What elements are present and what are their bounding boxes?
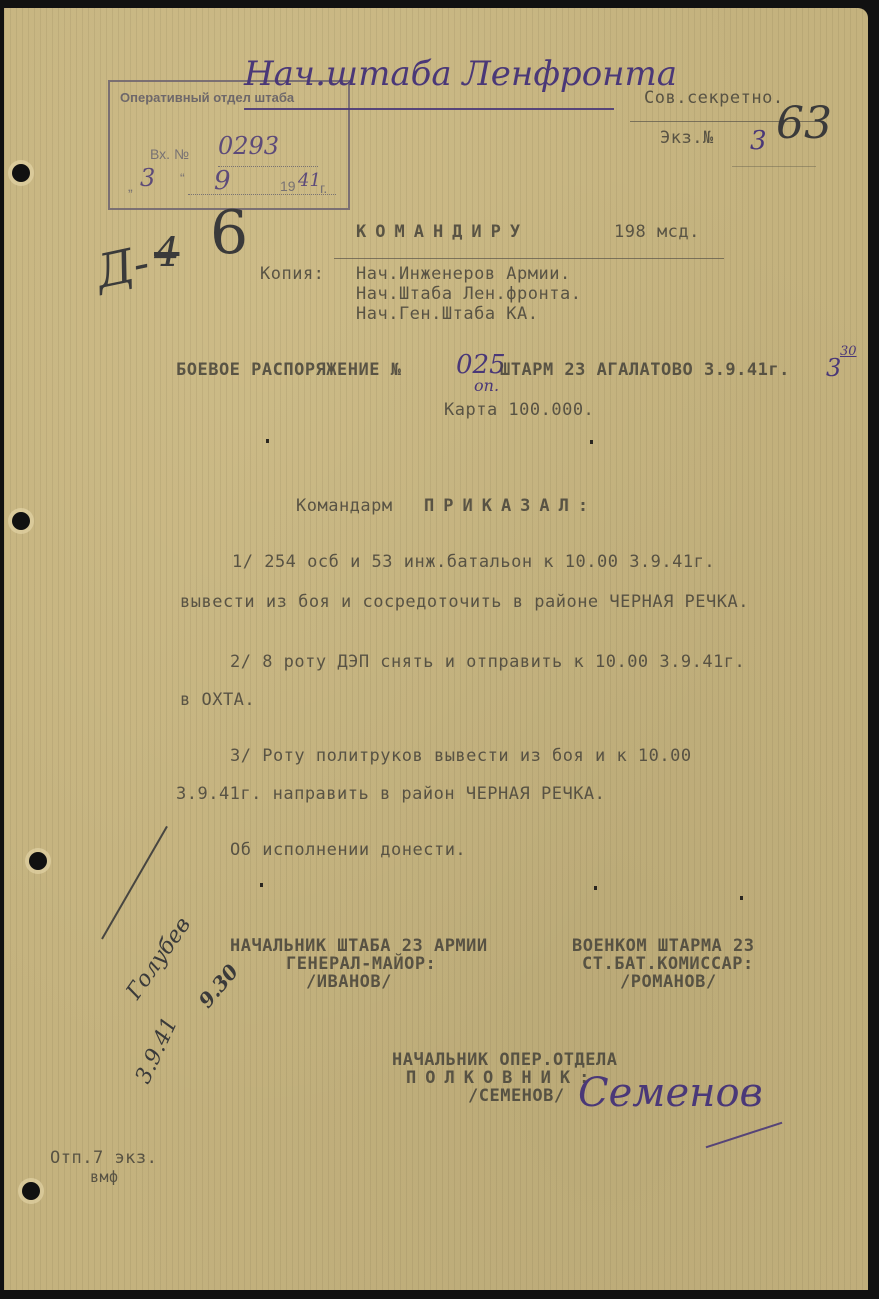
binding-hole (29, 852, 47, 870)
document-page: Оперативный отдел штаба Вх. № 0293 „ 3 “… (4, 8, 868, 1290)
stamp-quote: “ (180, 170, 185, 186)
stamp-incoming-label: Вх. № (150, 146, 189, 162)
map-scale: Карта 100.000. (444, 400, 594, 420)
binding-hole (12, 512, 30, 530)
sign-right-rank: СТ.БАТ.КОМИССАР: (582, 954, 754, 974)
paper-speck (260, 883, 263, 887)
copy-number: 3 (750, 126, 767, 156)
copy-recipient: Нач.Ген.Штаба КА. (356, 304, 539, 324)
resolution-date: 3.9.41 (131, 1014, 183, 1088)
closing-line: Об исполнении донести. (230, 840, 466, 860)
order-title-prefix: БОЕВОЕ РАСПОРЯЖЕНИЕ № (176, 360, 401, 380)
order-number-suffix: оп. (474, 376, 499, 395)
paper-speck (740, 896, 743, 900)
paper-speck (594, 886, 597, 890)
sign-left-rank: ГЕНЕРАЛ-МАЙОР: (286, 954, 436, 974)
stamp-year-end: г. (320, 180, 327, 196)
copy-recipient: Нач.Штаба Лен.фронта. (356, 284, 581, 304)
stamp-number-line (218, 166, 318, 167)
copy-label: Экз.№ (660, 128, 714, 148)
stamp-day: 3 (140, 164, 155, 192)
stamp-quote: „ (128, 178, 133, 194)
addressee-to: КОМАНДИРУ (356, 222, 529, 242)
stamp-date-line (188, 194, 336, 195)
copy-recipient: Нач.Инженеров Армии. (356, 264, 571, 284)
note-underline (244, 108, 614, 110)
sign-bottom-name: /СЕМЕНОВ/ (468, 1086, 565, 1106)
classification: Сов.секретно. (644, 88, 784, 108)
order-time-minutes: 30 (840, 344, 857, 359)
sign-left-title: НАЧАЛЬНИК ШТАБА 23 АРМИИ (230, 936, 488, 956)
binding-hole (12, 164, 30, 182)
sign-bottom-title: НАЧАЛЬНИК ОПЕР.ОТДЕЛА (392, 1050, 617, 1070)
stamp-incoming-number: 0293 (218, 132, 279, 160)
order-item-3-line2: 3.9.41г. направить в район ЧЕРНАЯ РЕЧКА. (176, 784, 605, 804)
copy-to-label: Копия: (260, 264, 324, 284)
resolution-signature: Голубев (122, 913, 196, 1004)
order-time: 3 (826, 354, 841, 382)
order-item-2-line1: 2/ 8 роту ДЭП снять и отправить к 10.00 … (230, 652, 745, 672)
footer-copies: Отп.7 экз. (50, 1148, 157, 1168)
final-signature: Семенов (578, 1070, 763, 1116)
resolution-time: 9.30 (194, 960, 244, 1013)
copy-underline (732, 166, 816, 167)
margin-note: Д- (91, 235, 154, 299)
crossed-number: 4 (154, 230, 179, 276)
resolution-slash (101, 826, 168, 940)
sign-right-title: ВОЕНКОМ ШТАРМА 23 (572, 936, 755, 956)
order-item-3-line1: 3/ Роту политруков вывести из боя и к 10… (230, 746, 692, 766)
stamp-month: 9 (214, 166, 231, 196)
footer-initials: вмф (90, 1168, 119, 1186)
handwritten-addressee-note: Нач.штаба Ленфронта (244, 54, 677, 94)
addressee-unit: 198 мсд. (614, 222, 700, 242)
order-item-1-line1: 1/ 254 осб и 53 инж.батальон к 10.00 3.9… (232, 552, 715, 572)
sign-right-name: /РОМАНОВ/ (620, 972, 717, 992)
order-title-suffix: ШТАРМ 23 АГАЛАТОВО 3.9.41г. (500, 360, 790, 380)
sign-bottom-rank: ПОЛКОВНИК: (406, 1068, 598, 1088)
page-number: 6 (210, 198, 248, 268)
paper-speck (590, 440, 593, 444)
copy-number-extra: 63 (776, 98, 832, 149)
signature-flourish (706, 1122, 783, 1149)
addressee-rule (334, 258, 724, 259)
order-item-1-line2: вывести из боя и сосредоточить в районе … (180, 592, 749, 612)
binding-hole (22, 1182, 40, 1200)
order-item-2-line2: в ОХТА. (180, 690, 255, 710)
command-word: ПРИКАЗАЛ: (424, 496, 597, 516)
paper-speck (266, 439, 269, 443)
sign-left-name: /ИВАНОВ/ (306, 972, 392, 992)
stamp-year-prefix: 19 (280, 178, 296, 194)
stamp-year-suffix: 41 (298, 170, 321, 191)
incoming-stamp: Оперативный отдел штаба Вх. № 0293 „ 3 “… (108, 80, 350, 210)
command-prefix: Командарм (296, 496, 393, 516)
